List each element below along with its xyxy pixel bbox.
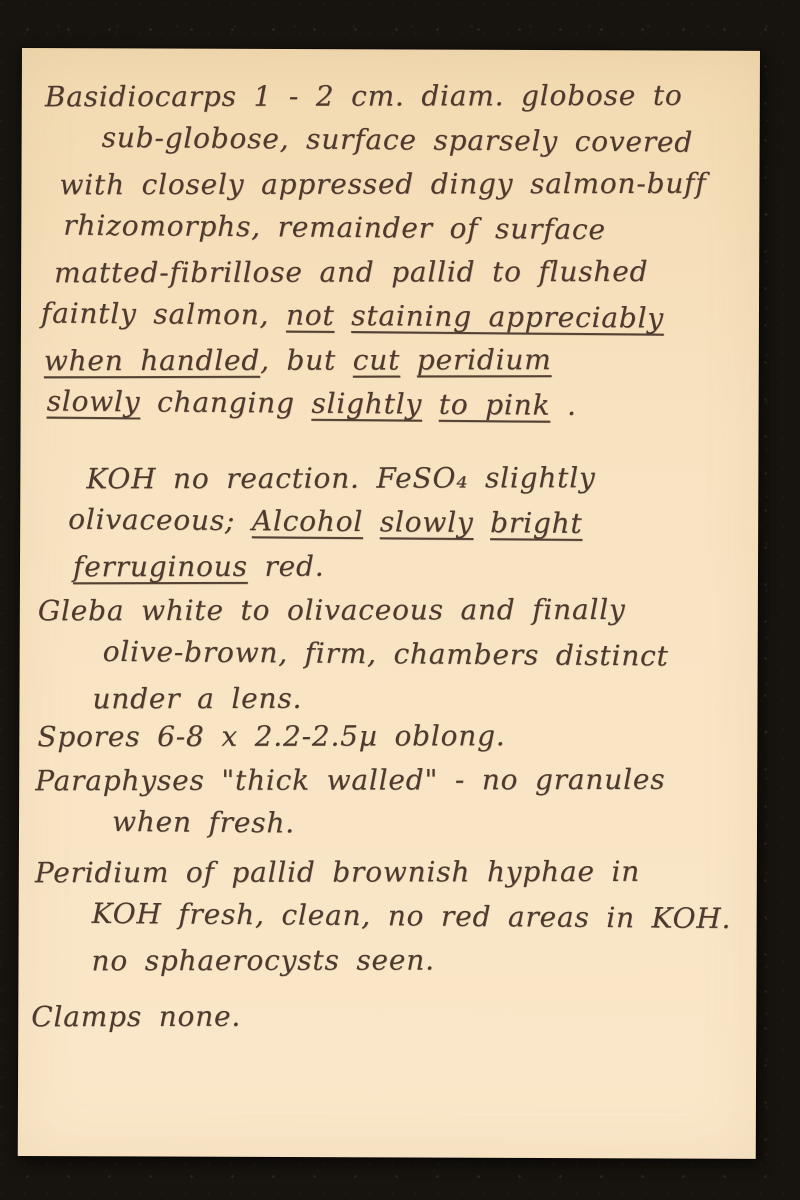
text-segment: Paraphyses "thick walled" - no granules	[35, 763, 665, 797]
section-peridium: Peridium of pallid brownish hyphae inKOH…	[18, 850, 757, 985]
section-clamps: Clamps none.	[18, 994, 756, 1041]
text-segment	[422, 388, 439, 421]
underlined-text: bright	[490, 506, 583, 540]
text-segment	[334, 299, 351, 332]
text-segment: rhizomorphs, remainder of surface	[63, 209, 606, 246]
text-segment: red.	[248, 550, 325, 583]
note-line: when fresh.	[112, 801, 757, 850]
handwritten-note: Basidiocarps 1 - 2 cm. diam. globose tos…	[18, 74, 760, 1041]
section-spores: Spores 6-8 x 2.2-2.5µ oblong.	[19, 714, 757, 761]
note-line: no sphaerocysts seen.	[91, 939, 756, 985]
underlined-text: staining appreciably	[351, 299, 664, 335]
underlined-text: when handled	[44, 344, 260, 377]
note-line: olive-brown, firm, chambers distinct	[103, 631, 758, 680]
text-segment: matted-fibrillose and pallid to flushed	[54, 255, 648, 289]
underlined-text: Alcohol	[252, 504, 363, 538]
text-segment	[400, 343, 417, 376]
note-card: Basidiocarps 1 - 2 cm. diam. globose tos…	[18, 48, 760, 1159]
note-line: slowly changing slightly to pink .	[46, 381, 758, 431]
note-line: KOH fresh, clean, no red areas in KOH.	[91, 893, 756, 942]
note-line: matted-fibrillose and pallid to flushed	[54, 251, 759, 297]
underlined-text: cut	[353, 343, 400, 376]
text-segment: no sphaerocysts seen.	[91, 944, 434, 978]
text-segment: sub-globose, surface sparsely covered	[102, 121, 694, 159]
text-segment: Peridium of pallid brownish hyphae in	[35, 855, 640, 889]
note-line: Paraphyses "thick walled" - no granules	[35, 759, 757, 805]
note-line: rhizomorphs, remainder of surface	[63, 205, 759, 255]
note-line: Gleba white to olivaceous and finally	[38, 589, 758, 635]
text-segment: , but	[260, 344, 353, 377]
section-basidiocarps: Basidiocarps 1 - 2 cm. diam. globose tos…	[21, 74, 760, 429]
text-segment: Spores 6-8 x 2.2-2.5µ oblong.	[37, 719, 505, 753]
underlined-text: slowly	[47, 385, 141, 419]
text-segment: olive-brown, firm, chambers distinct	[103, 635, 669, 673]
text-segment: KOH no reaction. FeSO₄ slightly	[86, 461, 595, 495]
photo-background: Basidiocarps 1 - 2 cm. diam. globose tos…	[0, 0, 800, 1200]
section-gleba: Gleba white to olivaceous and finallyoli…	[19, 588, 758, 723]
text-segment: faintly salmon,	[41, 297, 286, 332]
underlined-text: slightly	[311, 387, 422, 421]
text-segment	[473, 506, 490, 539]
text-segment: with closely appressed dingy salmon-buff	[59, 167, 706, 201]
note-line: KOH no reaction. FeSO₄ slightly	[86, 457, 758, 503]
note-line: olivaceous; Alcohol slowly bright	[68, 499, 758, 549]
note-line: with closely appressed dingy salmon-buff	[59, 163, 759, 209]
underlined-text: to pink	[439, 388, 551, 422]
underlined-text: peridium	[417, 343, 552, 376]
text-segment	[363, 505, 380, 538]
note-line: sub-globose, surface sparsely covered	[101, 117, 759, 166]
section-chemical-reactions: KOH no reaction. FeSO₄ slightlyolivaceou…	[20, 456, 759, 591]
note-line: Spores 6-8 x 2.2-2.5µ oblong.	[37, 715, 757, 761]
section-paraphyses: Paraphyses "thick walled" - no granulesw…	[19, 758, 757, 849]
text-segment: Gleba white to olivaceous and finally	[38, 593, 626, 627]
note-line: ferruginous red.	[73, 545, 758, 591]
note-line: Basidiocarps 1 - 2 cm. diam. globose to	[45, 75, 760, 121]
text-segment: when fresh.	[112, 805, 295, 839]
text-segment: KOH fresh, clean, no red areas in KOH.	[92, 897, 732, 935]
text-segment: .	[550, 389, 577, 422]
text-segment: Clamps none.	[31, 1000, 241, 1033]
text-segment: Basidiocarps 1 - 2 cm. diam. globose to	[45, 79, 683, 113]
underlined-text: ferruginous	[73, 550, 248, 583]
note-line: when handled, but cut peridium	[44, 339, 759, 385]
underlined-text: slowly	[380, 505, 474, 539]
note-line: faintly salmon, not staining appreciably	[41, 293, 759, 343]
note-line: Peridium of pallid brownish hyphae in	[35, 851, 757, 897]
note-line: Clamps none.	[31, 995, 756, 1041]
text-segment: changing	[140, 385, 311, 419]
text-segment: under a lens.	[92, 682, 302, 715]
text-segment: olivaceous;	[68, 503, 252, 538]
underlined-text: not	[286, 299, 335, 332]
